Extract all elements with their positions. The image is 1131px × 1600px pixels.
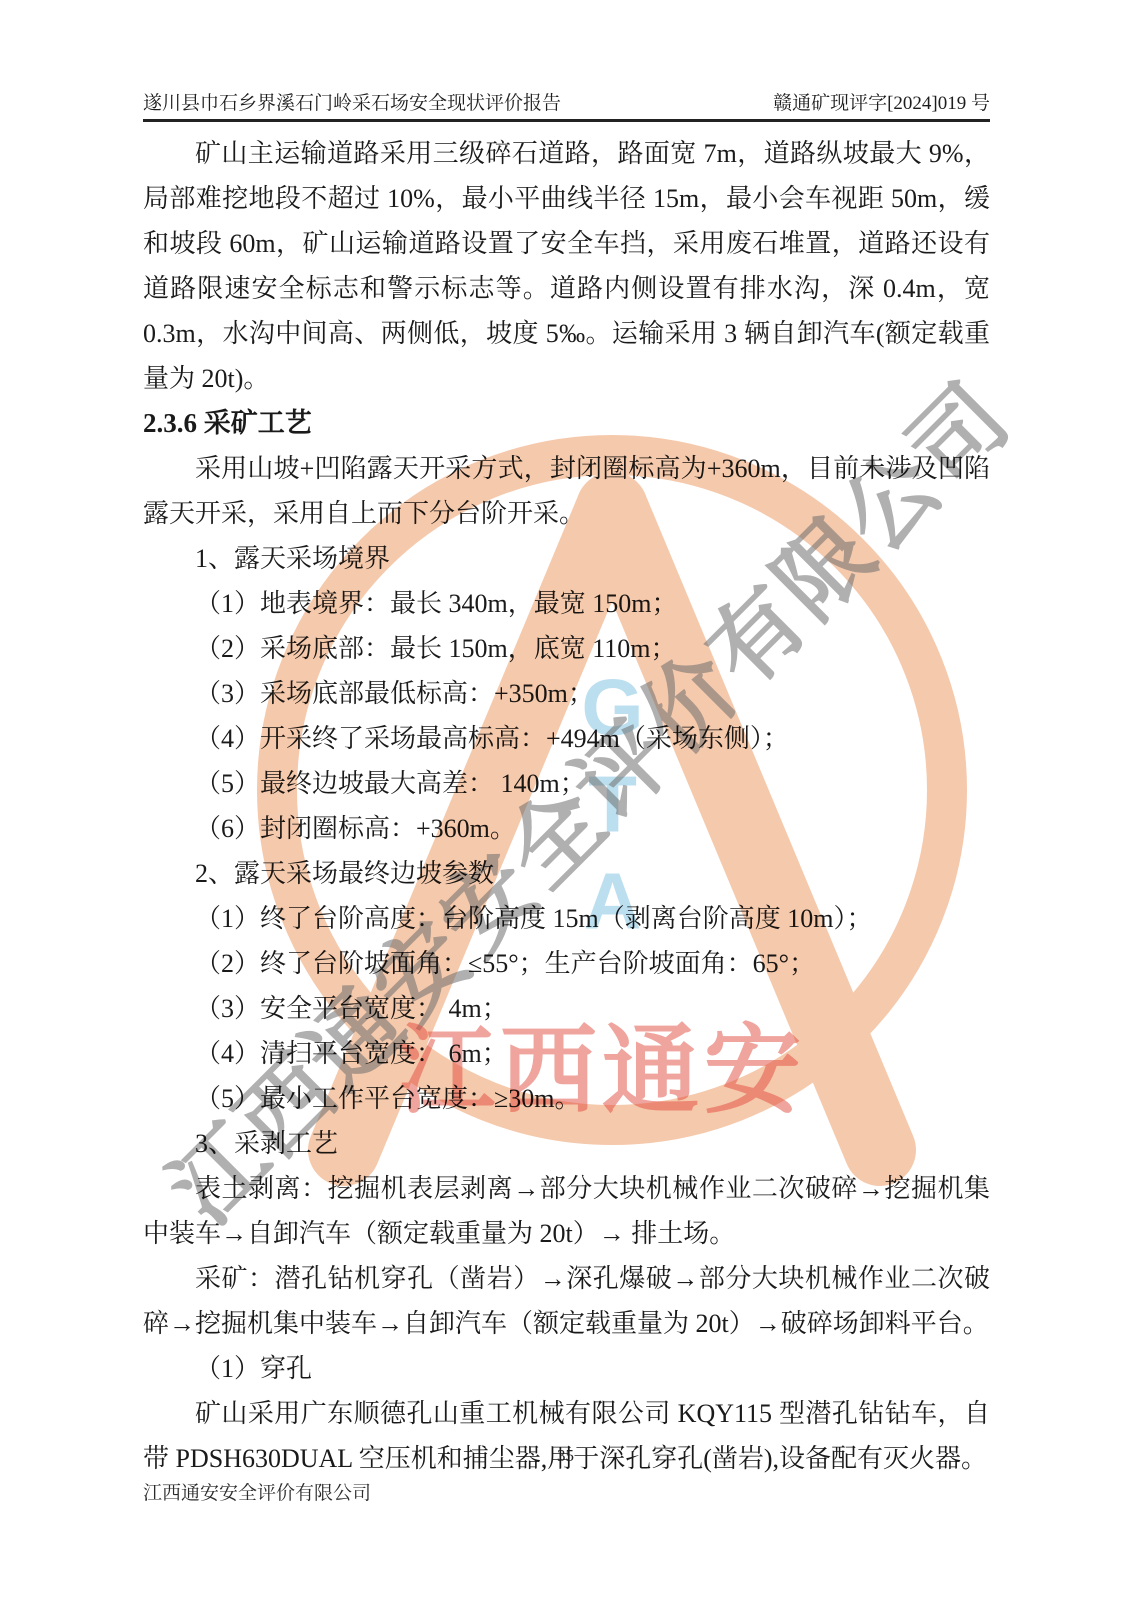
header-doc-number: 赣通矿现评字[2024]019 号 <box>773 88 990 115</box>
paragraph: （1）穿孔 <box>143 1346 990 1391</box>
paragraph: 矿山采用广东顺德孔山重工机械有限公司 KQY115 型潜孔钻钻车，自带 PDSH… <box>143 1391 990 1481</box>
document-page: { "header": { "title_left": "遂川县巾石乡界溪石门岭… <box>0 0 1131 1600</box>
footer-company: 江西通安安全评价有限公司 <box>143 1478 371 1505</box>
paragraph: 采用山坡+凹陷露天开采方式，封闭圈标高为+360m，目前未涉及凹陷露天开采，采用… <box>143 446 990 536</box>
paragraph: （2）采场底部：最长 150m，底宽 110m； <box>143 626 990 671</box>
paragraph: 2、露天采场最终边坡参数 <box>143 851 990 896</box>
section-heading: 2.3.6 采矿工艺 <box>143 401 990 446</box>
paragraph: （5）最终边坡最大高差： 140m； <box>143 761 990 806</box>
paragraph: （4）开采终了采场最高标高：+494m（采场东侧）； <box>143 716 990 761</box>
paragraph: （5）最小工作平台宽度：≥30m。 <box>143 1076 990 1121</box>
paragraph: 3、采剥工艺 <box>143 1121 990 1166</box>
paragraph: （3）采场底部最低标高：+350m； <box>143 671 990 716</box>
paragraph: 1、露天采场境界 <box>143 536 990 581</box>
paragraph: 表土剥离：挖掘机表层剥离→部分大块机械作业二次破碎→挖掘机集中装车→自卸汽车（额… <box>143 1166 990 1256</box>
paragraph: （3）安全平台宽度： 4m； <box>143 986 990 1031</box>
paragraph: 采矿：潜孔钻机穿孔（凿岩）→深孔爆破→部分大块机械作业二次破碎→挖掘机集中装车→… <box>143 1256 990 1346</box>
paragraph: （2）终了台阶坡面角：≤55°；生产台阶坡面角：65°； <box>143 941 990 986</box>
paragraph: （1）地表境界：最长 340m，最宽 150m； <box>143 581 990 626</box>
header-report-title: 遂川县巾石乡界溪石门岭采石场安全现状评价报告 <box>143 88 561 115</box>
paragraph: （1）终了台阶高度：台阶高度 15m（剥离台阶高度 10m）； <box>143 896 990 941</box>
document-body: 矿山主运输道路采用三级碎石道路，路面宽 7m，道路纵坡最大 9%，局部难挖地段不… <box>143 131 990 1481</box>
paragraph: （6）封闭圈标高：+360m。 <box>143 806 990 851</box>
header-rule <box>143 119 990 122</box>
page-header: 遂川县巾石乡界溪石门岭采石场安全现状评价报告 赣通矿现评字[2024]019 号 <box>143 88 990 115</box>
paragraph: 矿山主运输道路采用三级碎石道路，路面宽 7m，道路纵坡最大 9%，局部难挖地段不… <box>143 131 990 401</box>
paragraph: （4）清扫平台宽度： 6m； <box>143 1031 990 1076</box>
